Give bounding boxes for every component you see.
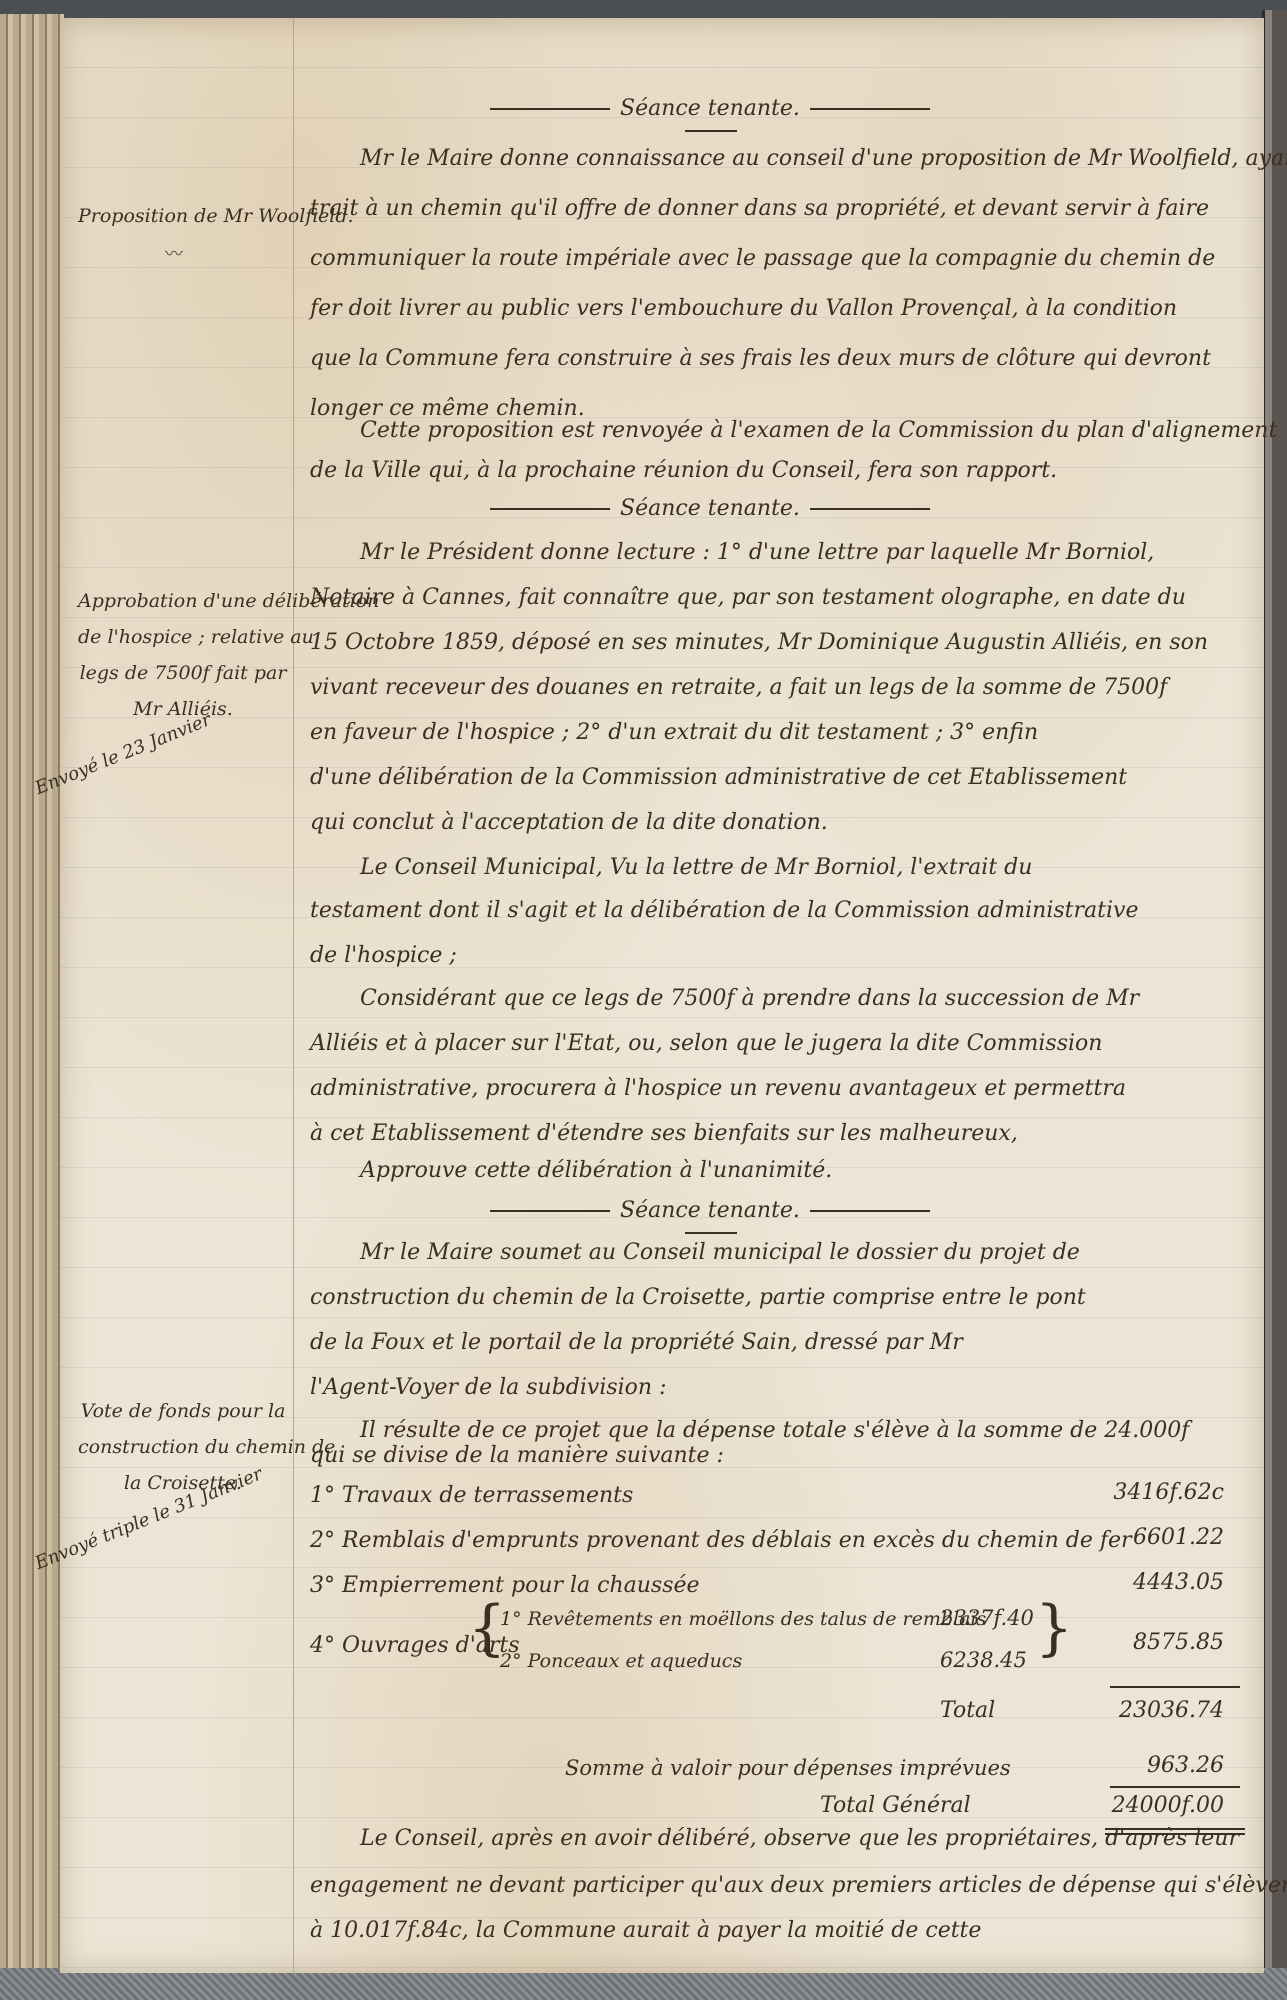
grand-total-label: Total Général bbox=[820, 1793, 971, 1818]
text-line: à 10.017f.84c, la Commune aurait à payer… bbox=[310, 1918, 981, 1943]
text-line: de l'hospice ; bbox=[310, 943, 457, 968]
text-line: testament dont il s'agit et la délibérat… bbox=[310, 898, 1138, 923]
section-heading: Séance tenante. bbox=[460, 496, 960, 521]
text-line: en faveur de l'hospice ; 2° d'un extrait… bbox=[310, 720, 1038, 745]
text-line: à cet Etablissement d'étendre ses bienfa… bbox=[310, 1121, 1018, 1146]
margin-rule bbox=[293, 18, 294, 1973]
margin-note: construction du chemin de bbox=[78, 1429, 288, 1465]
text-line: d'une délibération de la Commission admi… bbox=[310, 765, 1127, 790]
text-line: Mr le Président donne lecture : 1° d'une… bbox=[360, 540, 1154, 565]
text-line: que la Commune fera construire à ses fra… bbox=[310, 346, 1211, 371]
text-line: Il résulte de ce projet que la dépense t… bbox=[360, 1418, 1189, 1443]
margin-note: de l'hospice ; relative au bbox=[78, 619, 288, 655]
grand-total-amount: 24000f.00 bbox=[1112, 1793, 1224, 1818]
text-line: communiquer la route impériale avec le p… bbox=[310, 246, 1215, 271]
margin-note: Approbation d'une délibération bbox=[78, 583, 288, 619]
text-line: Cette proposition est renvoyée à l'exame… bbox=[360, 418, 1277, 443]
flourish-icon: 〰 bbox=[165, 240, 183, 266]
total-label: Total bbox=[940, 1698, 995, 1723]
section-heading: Séance tenante. bbox=[460, 96, 960, 121]
text-line: vivant receveur des douanes en retraite,… bbox=[310, 675, 1167, 700]
text-line: fer doit livrer au public vers l'embouch… bbox=[310, 296, 1177, 321]
unforeseen-label: Somme à valoir pour dépenses imprévues bbox=[565, 1756, 1011, 1780]
page-edges bbox=[0, 14, 64, 1974]
text-line: Mr le Maire soumet au Conseil municipal … bbox=[360, 1240, 1080, 1265]
text-line: Considérant que ce legs de 7500f à prend… bbox=[360, 986, 1139, 1011]
sum-rule bbox=[1110, 1686, 1240, 1688]
text-line: engagement ne devant participer qu'aux d… bbox=[310, 1873, 1287, 1898]
expense-amount: 4443.05 bbox=[1133, 1570, 1224, 1595]
text-line: de la Ville qui, à la prochaine réunion … bbox=[310, 458, 1057, 483]
expense-sub-label: 2° Ponceaux et aqueducs bbox=[500, 1650, 742, 1672]
section-heading: Séance tenante. bbox=[460, 1198, 960, 1223]
text-line: Alliéis et à placer sur l'Etat, ou, selo… bbox=[310, 1031, 1102, 1056]
brace-close-icon: } bbox=[1035, 1593, 1073, 1663]
margin-note: Vote de fonds pour la bbox=[78, 1393, 288, 1429]
text-line: Notaire à Cannes, fait connaître que, pa… bbox=[310, 585, 1186, 610]
text-line: qui se divise de la manière suivante : bbox=[310, 1443, 724, 1468]
expense-sub-amount: 6238.45 bbox=[940, 1648, 1027, 1672]
expense-amount: 6601.22 bbox=[1133, 1525, 1224, 1550]
text-line: Le Conseil, après en avoir délibéré, obs… bbox=[360, 1826, 1239, 1851]
expense-sub-amount: 2337f.40 bbox=[940, 1606, 1034, 1630]
expense-sub-label: 1° Revêtements en moëllons des talus de … bbox=[500, 1608, 986, 1630]
text-line: trait à un chemin qu'il offre de donner … bbox=[310, 196, 1209, 221]
text-line: l'Agent-Voyer de la subdivision : bbox=[310, 1375, 667, 1400]
unforeseen-amount: 963.26 bbox=[1147, 1753, 1224, 1778]
margin-note: legs de 7500f fait par bbox=[78, 655, 288, 691]
text-line: administrative, procurera à l'hospice un… bbox=[310, 1076, 1126, 1101]
text-line: 15 Octobre 1859, déposé en ses minutes, … bbox=[310, 630, 1208, 655]
expense-label: 1° Travaux de terrassements bbox=[310, 1483, 633, 1508]
margin-note: Proposition de Mr Woolfield. bbox=[78, 198, 288, 234]
manuscript-page: Séance tenante. Proposition de Mr Woolfi… bbox=[60, 18, 1264, 1973]
text-line: construction du chemin de la Croisette, … bbox=[310, 1285, 1086, 1310]
expense-label: 2° Remblais d'emprunts provenant des déb… bbox=[310, 1528, 1132, 1553]
text-line: de la Foux et le portail de la propriété… bbox=[310, 1330, 963, 1355]
text-line: Le Conseil Municipal, Vu la lettre de Mr… bbox=[360, 855, 1032, 880]
expense-amount: 3416f.62c bbox=[1113, 1480, 1224, 1505]
text-line: qui conclut à l'acceptation de la dite d… bbox=[310, 810, 828, 835]
text-line: Approuve cette délibération à l'unanimit… bbox=[360, 1158, 832, 1183]
page-right-edge bbox=[1262, 10, 1287, 1970]
total-amount: 23036.74 bbox=[1119, 1698, 1224, 1723]
text-line: Mr le Maire donne connaissance au consei… bbox=[360, 146, 1287, 171]
sum-rule bbox=[1110, 1786, 1240, 1788]
expense-amount: 8575.85 bbox=[1133, 1630, 1224, 1655]
